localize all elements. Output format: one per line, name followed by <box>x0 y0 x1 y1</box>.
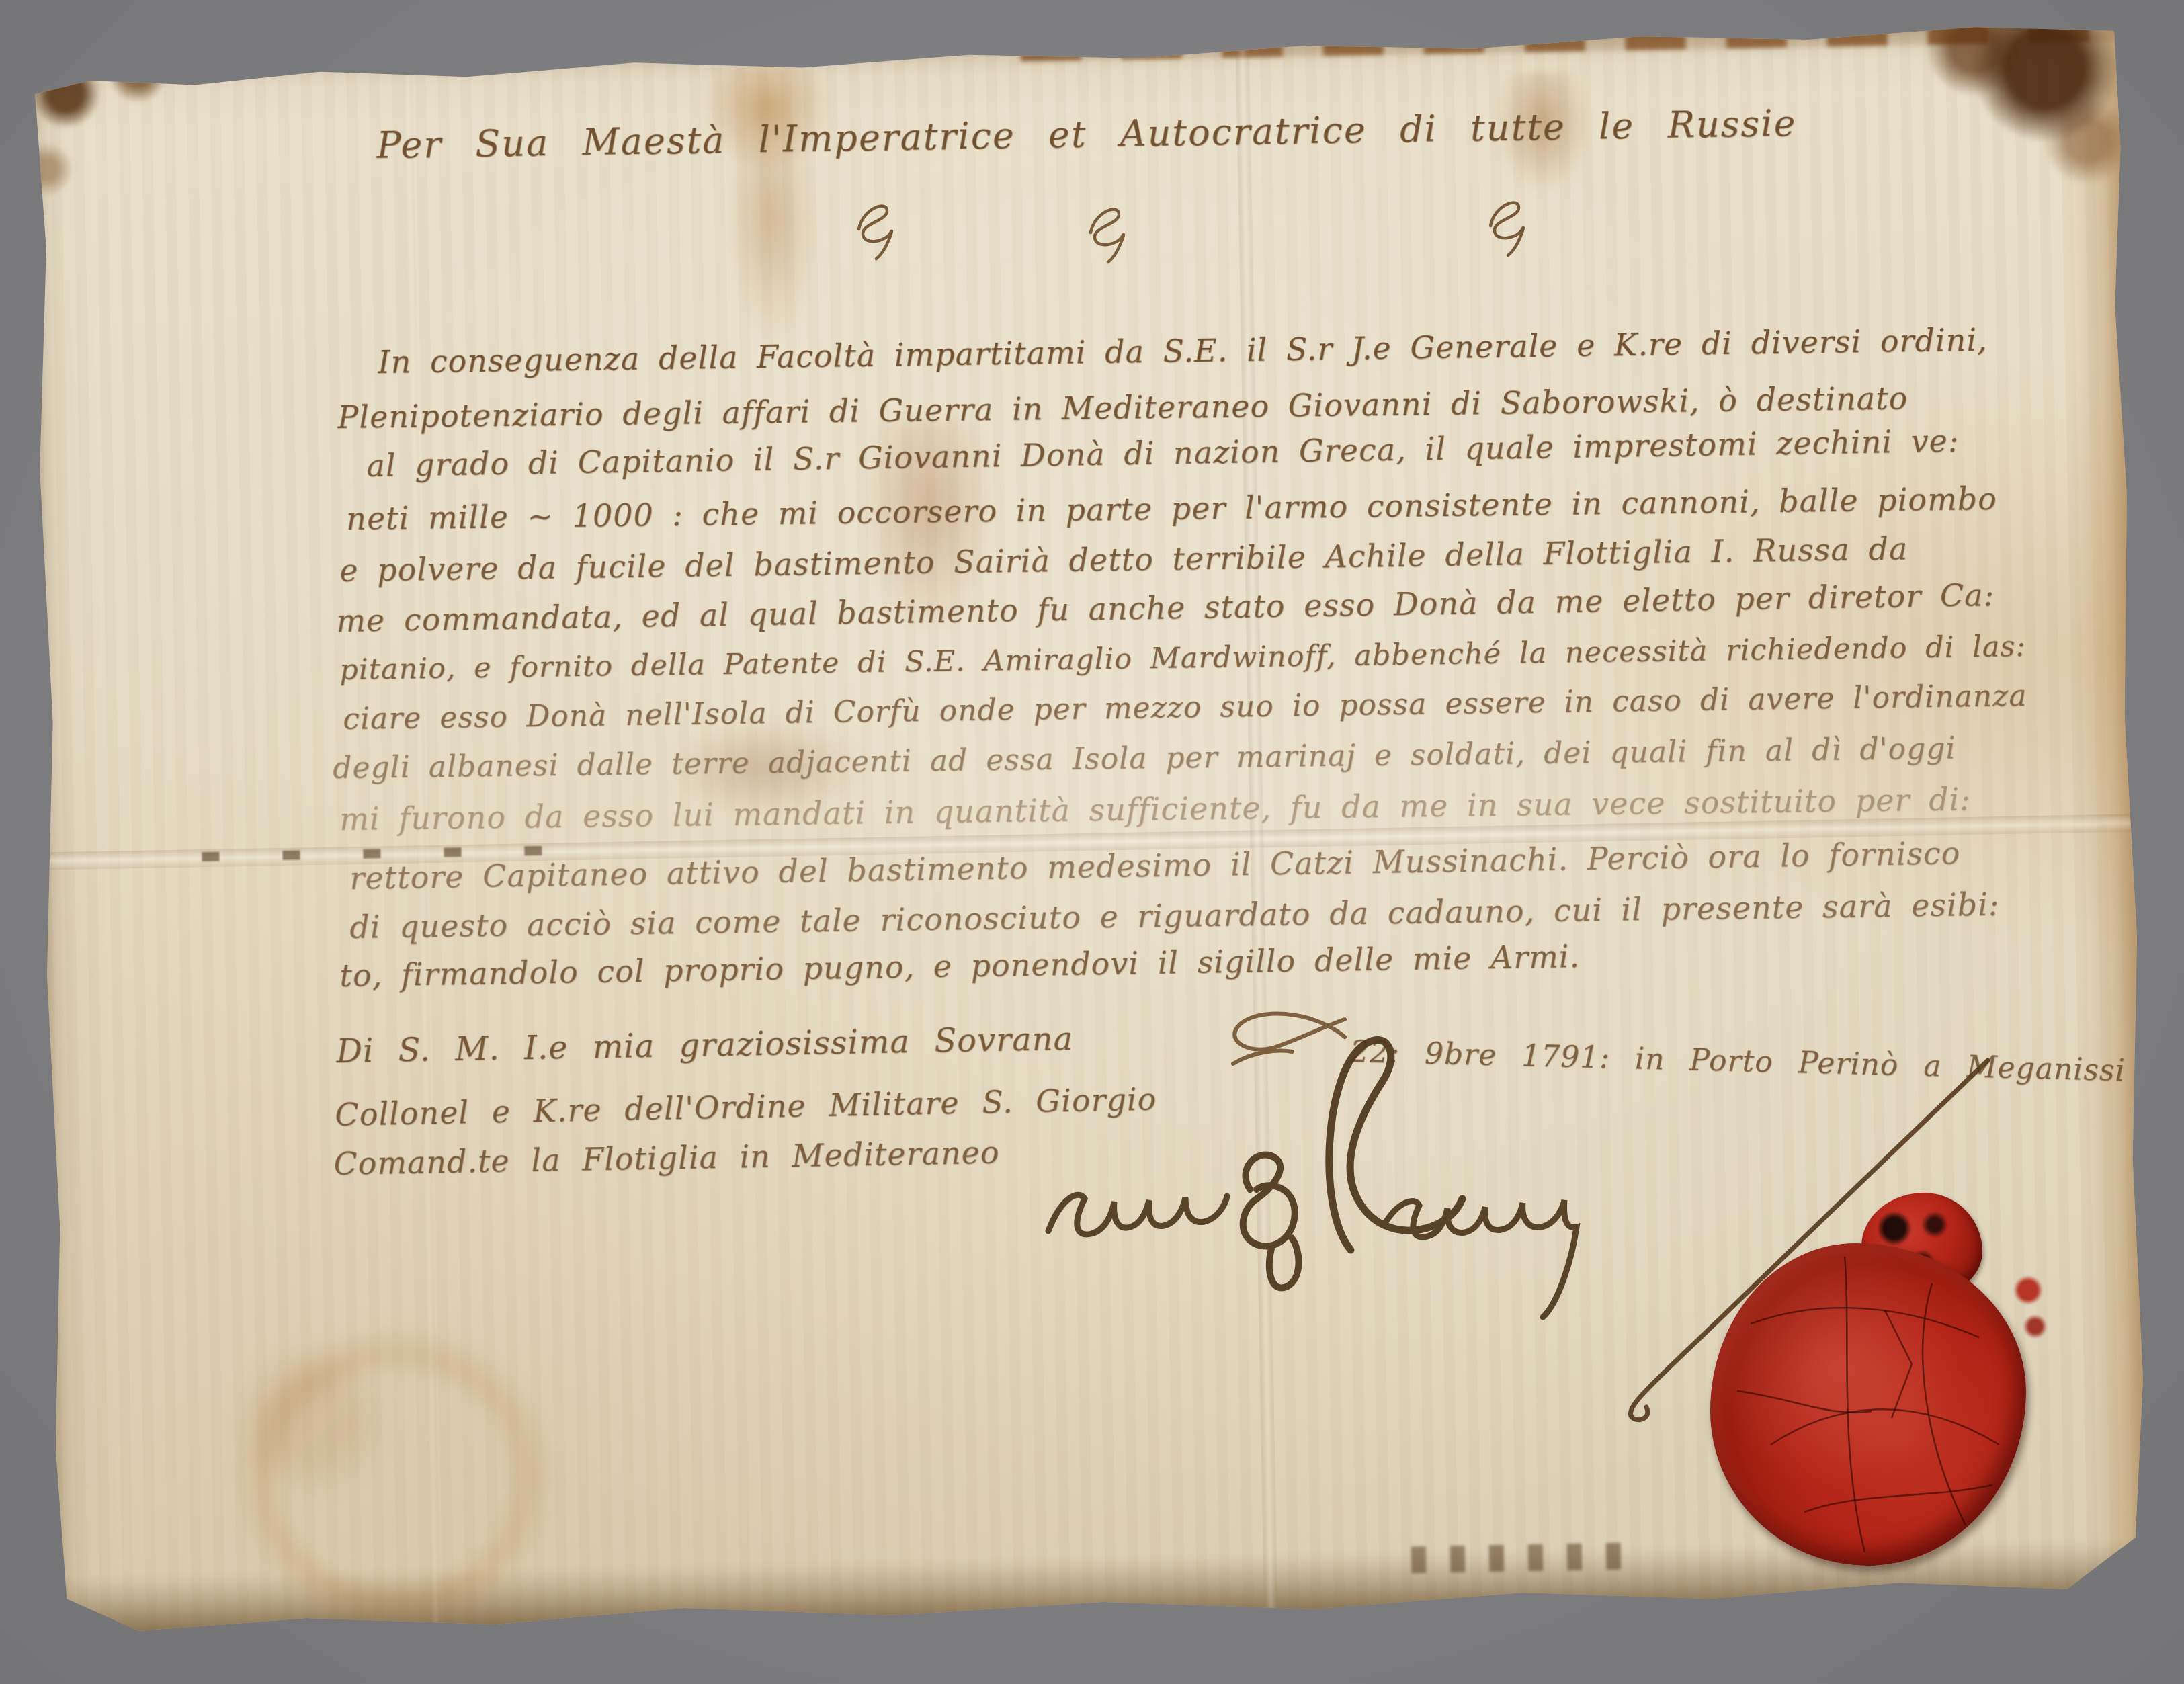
stain-top-center-drip <box>685 65 851 356</box>
signature <box>1035 968 1599 1331</box>
stain-seal-ghost-ring <box>183 1279 607 1676</box>
stain-top-right-corner <box>1907 13 2132 198</box>
photograph-background: Per Sua Maestà l'Imperatrice et Autocrat… <box>0 0 2184 1684</box>
bottom-center-ink-smudge <box>1411 1542 1634 1573</box>
flourish-mark-3 <box>1485 195 1532 259</box>
flourish-mark-1 <box>853 198 900 262</box>
stain-top-left-corner <box>21 49 226 241</box>
crease-vertical-center <box>1235 37 1277 1616</box>
stain-top-edge-rust <box>1020 18 2136 61</box>
flourish-mark-2 <box>1085 202 1132 265</box>
stain-right-edge <box>2062 22 2155 1601</box>
wax-seal-cracks <box>1710 1243 2026 1566</box>
crease-vertical-left <box>403 52 441 1632</box>
